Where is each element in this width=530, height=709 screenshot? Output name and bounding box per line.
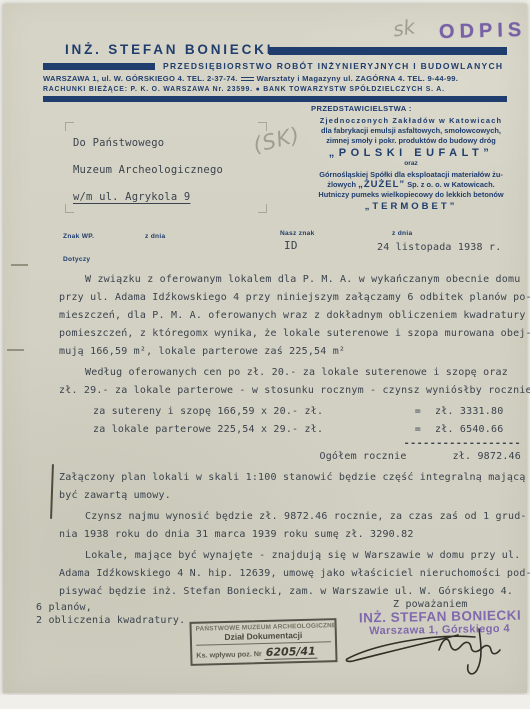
ref-znak-wp-label: Znak WP. xyxy=(63,233,94,240)
brand-zuzel: „ŻUŻEL” xyxy=(358,179,405,190)
brand-termobet: „TERMOBET” xyxy=(303,202,519,212)
letter-sheet: sk ODPIS INŻ. STEFAN BONIECKI PRZEDSIĘBI… xyxy=(3,4,527,693)
letterhead-rule xyxy=(43,96,507,102)
paragraph-4: Czynsz najmu wynosić będzie zł. 9872.46 … xyxy=(59,508,521,544)
calc-amount: zł. 3331.80 xyxy=(435,403,521,421)
representations-line5-post: Sp. z o. o. w Katowicach. xyxy=(405,180,495,189)
total-label: Ogółem rocznie xyxy=(319,448,406,466)
letterhead-bar-left xyxy=(43,63,155,70)
odpis-stamp: ODPIS xyxy=(439,19,527,44)
body-line: być zawartą umowy. xyxy=(59,487,521,505)
letterhead-address-line: WARSZAWA 1, ul. W. GÓRSKIEGO 4. TEL. 2-3… xyxy=(43,74,458,83)
enclosure-item: 6 planów, xyxy=(36,601,185,614)
calc-amount: zł. 6540.66 xyxy=(435,421,521,439)
letter-body: W związku z oferowanym lokalem dla P. M.… xyxy=(59,268,521,601)
recipient-address: Do Państwowego Muzeum Archeologicznego w… xyxy=(73,130,223,211)
body-line: Czynsz najmu wynosić będzie zł. 9872.46 … xyxy=(59,508,521,526)
letterhead-address-part2: Warsztaty i Magazyny ul. ZAGÓRNA 4. TEL.… xyxy=(257,74,459,83)
letterhead-subtitle: PRZEDSIĘBIORSTWO ROBÓT INŻYNIERYJNYCH I … xyxy=(163,61,503,71)
pencil-initials: sk xyxy=(391,14,416,41)
body-line: Według oferowanych cen po zł. 20.- za lo… xyxy=(59,364,521,382)
ref-z-dnia-label: z dnia xyxy=(145,233,165,240)
calc-row-ground-floor: za lokale parterowe 225,54 x 29.- zł. =z… xyxy=(93,421,521,439)
ref-z-dnia-label: z dnia xyxy=(392,230,412,237)
representations-line: Zjednoczonych Zakładów w Katowicach xyxy=(303,116,519,126)
representations-line: Hutniczy pumeks wielkopiecowy do lekkich… xyxy=(303,190,519,200)
address-corner-mark xyxy=(258,204,267,213)
calc-label: za sutereny i szopę 166,59 x 20.- zł. xyxy=(93,403,323,421)
equals-sign: = xyxy=(415,403,421,421)
handwritten-signature xyxy=(333,619,530,689)
representations-line: dla fabrykacji emulsji asfaltowych, smoł… xyxy=(303,126,519,136)
ref-nasz-znak-label: Nasz znak xyxy=(280,230,315,237)
representations-line: Górnośląskiej Spółki dla eksploatacji ma… xyxy=(303,170,519,180)
double-dash-divider-icon xyxy=(241,77,254,81)
body-line: W związku z oferowanym lokalem dla P. M.… xyxy=(59,271,521,289)
letterhead-name: INŻ. STEFAN BONIECKI xyxy=(65,42,273,57)
rent-calculation: za sutereny i szopę 166,59 x 20.- zł. =z… xyxy=(59,403,521,466)
total-amount: zł. 9872.46 xyxy=(453,448,521,466)
margin-pencil-dash xyxy=(11,264,28,266)
letterhead-bar-right xyxy=(269,47,507,55)
body-line: mują 166,59 m², lokale parterowe zaś 225… xyxy=(59,343,521,361)
recipient-street: w/m ul. Agrykola 9 xyxy=(73,184,223,211)
ref-nasz-znak-value: ID xyxy=(284,239,298,252)
sum-rule: ------------------ xyxy=(93,439,521,448)
scan-background-strip xyxy=(0,695,530,709)
paragraph-3: Załączony plan lokali w skali 1:100 stan… xyxy=(59,469,521,505)
paragraph-5: Lokale, mające być wynajęte - znajdują s… xyxy=(59,547,521,601)
calc-label: za lokale parterowe 225,54 x 29.- zł. xyxy=(93,421,323,439)
body-line: pomieszczeń, z któregomx wynika, że loka… xyxy=(59,325,521,343)
enclosures-list: 6 planów, 2 obliczenia kwadratury. xyxy=(36,601,185,627)
representations-line: zimnej smoły i pokr. produktów do budowy… xyxy=(303,136,519,146)
representations-line: żlowych „ŻUŻEL” Sp. z o. o. w Katowicach… xyxy=(303,180,519,190)
representations-block: PRZEDSTAWICIELSTWA : Zjednoczonych Zakła… xyxy=(303,104,519,212)
ref-dotyczy-label: Dotyczy xyxy=(63,256,90,263)
body-line: zł. 29.- za lokale parterowe - w stosunk… xyxy=(59,382,521,400)
representations-heading: PRZEDSTAWICIELSTWA : xyxy=(303,104,519,114)
registry-number-handwritten: 6205/41 xyxy=(264,645,318,660)
body-line: przy ul. Adama Idźkowskiego 4 przy ninie… xyxy=(59,289,521,307)
paragraph-1: W związku z oferowanym lokalem dla P. M.… xyxy=(59,271,521,361)
body-line: Załączony plan lokali w skali 1:100 stan… xyxy=(59,469,521,487)
representations-conjunction: oraz xyxy=(303,159,519,169)
representations-line5-pre: żlowych xyxy=(327,180,358,189)
margin-pencil-dash xyxy=(7,349,24,351)
recipient-line: Muzeum Archeologicznego xyxy=(73,157,223,184)
paragraph-2: Według oferowanych cen po zł. 20.- za lo… xyxy=(59,364,521,400)
calc-total-row: Ogółem rocznie zł. 9872.46 xyxy=(93,448,521,466)
body-line: mieszczeń, dla P. M. A. oferowanych wraz… xyxy=(59,307,521,325)
body-line: Lokale, mające być wynajęte - znajdują s… xyxy=(59,547,521,565)
letterhead-address-part1: WARSZAWA 1, ul. W. GÓRSKIEGO 4. TEL. 2-3… xyxy=(43,74,238,83)
margin-pen-mark xyxy=(50,464,54,519)
registry-label: Ks. wpływu poz. Nr xyxy=(196,649,262,660)
enclosure-item: 2 obliczenia kwadratury. xyxy=(36,614,185,627)
brand-polski-eufalt: „POLSKI EUFALT” xyxy=(303,148,519,158)
recipient-line: Do Państwowego xyxy=(73,130,223,157)
letterhead-accounts-line: RACHUNKI BIEŻĄCE: P. K. O. WARSZAWA Nr. … xyxy=(43,86,445,93)
museum-stamp-registry-line: Ks. wpływu poz. Nr 6205/41 xyxy=(196,644,331,661)
letter-date: 24 listopada 1938 r. xyxy=(377,242,501,253)
equals-sign: = xyxy=(415,421,421,439)
calc-row-basement: za sutereny i szopę 166,59 x 20.- zł. =z… xyxy=(93,403,521,421)
body-line: Adama Idźkowskiego 4 N. hip. 12639, umow… xyxy=(59,565,521,583)
body-line: nia 1938 roku do dnia 31 marca 1939 roku… xyxy=(59,526,521,544)
museum-receipt-stamp: PAŃSTWOWE MUZEUM ARCHEOLOGICZNE Dział Do… xyxy=(189,618,337,666)
